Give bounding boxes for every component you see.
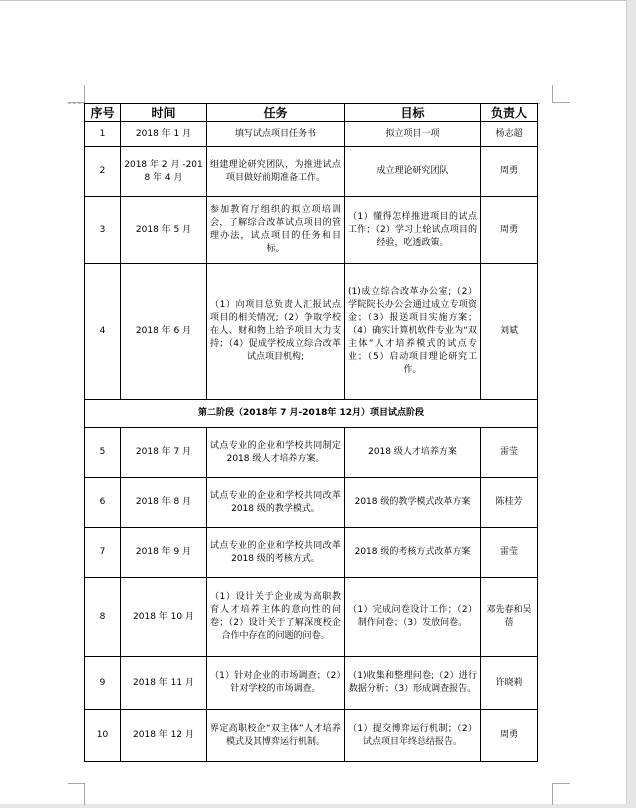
cell-time: 2018 年 9 月: [121, 528, 207, 578]
cell-time: 2018 年 10 月: [121, 578, 207, 657]
cell-owner: 周勇: [481, 710, 538, 762]
cell-no: 7: [85, 528, 121, 578]
cell-goal: 2018 级人才培养方案: [345, 428, 481, 478]
cell-goal: （1）懂得怎样推进项目的试点工作；（2）学习上轮试点项目的经验，吃透政策。: [345, 197, 481, 264]
cell-owner: 周勇: [481, 197, 538, 264]
margin-corner-mark-bottom-right: [552, 783, 570, 805]
cell-time: 2018 年 6 月: [121, 264, 207, 400]
cell-owner: 周勇: [481, 147, 538, 197]
cell-time: 2018 年 12 月: [121, 710, 207, 762]
cell-task: （1）向项目总负责人汇报试点项目的相关情况;（2）争取学校在人、财和物上给予项目…: [207, 264, 345, 400]
table-row: 2 2018 年 2 月 -2018 年 4 月 组建理论研究团队，为推进试点项…: [85, 147, 538, 197]
cell-goal: 成立理论研究团队: [345, 147, 481, 197]
table-row: 6 2018 年 8 月 试点专业的企业和学校共同改革 2018 级的教学模式。…: [85, 478, 538, 528]
cell-no: 5: [85, 428, 121, 478]
header-no: 序号: [85, 104, 121, 122]
table-row: 4 2018 年 6 月 （1）向项目总负责人汇报试点项目的相关情况;（2）争取…: [85, 264, 538, 400]
table-row: 3 2018 年 5 月 参加教育厅组织的拟立项培训会，了解综合改革试点项目的管…: [85, 197, 538, 264]
cell-owner: 杨志超: [481, 122, 538, 147]
cell-no: 6: [85, 478, 121, 528]
header-goal: 目标: [345, 104, 481, 122]
cell-goal: (1)成立综合改革办公室;（2）学院院长办公会通过成立专项资金；（3）报送项目实…: [345, 264, 481, 400]
project-schedule-table: 序号 时间 任务 目标 负责人 1 2018 年 1 月 填写试点项目任务书 拟…: [84, 103, 538, 762]
table-row: 7 2018 年 9 月 试点专业的企业和学校共同改革 2018 级的考核方式。…: [85, 528, 538, 578]
cell-task: （1）针对企业的市场调查；（2）针对学校的市场调查。: [207, 657, 345, 710]
cell-task: （1）设计关于企业成为高职教育人才培养主体的意向性的问卷；（2）设计关于了解深度…: [207, 578, 345, 657]
table-row: 5 2018 年 7 月 试点专业的企业和学校共同制定 2018 级人才培养方案…: [85, 428, 538, 478]
cell-owner: 雷莹: [481, 428, 538, 478]
cell-task: 填写试点项目任务书: [207, 122, 345, 147]
vertical-scrollbar-area[interactable]: [626, 0, 636, 808]
cell-no: 9: [85, 657, 121, 710]
table-row: 1 2018 年 1 月 填写试点项目任务书 拟立项目一项 杨志超: [85, 122, 538, 147]
cell-goal: 2018 级的考核方式改革方案: [345, 528, 481, 578]
cell-no: 10: [85, 710, 121, 762]
cell-time: 2018 年 5 月: [121, 197, 207, 264]
margin-corner-mark-top-right: [552, 85, 570, 103]
cell-time: 2018 年 1 月: [121, 122, 207, 147]
cell-no: 8: [85, 578, 121, 657]
header-owner: 负责人: [481, 104, 538, 122]
cell-task: 界定高职校企“双主体”人才培养模式及其博弈运行机制。: [207, 710, 345, 762]
cell-task: 试点专业的企业和学校共同制定 2018 级人才培养方案。: [207, 428, 345, 478]
cell-goal: （1）提交博弈运行机制；（2）试点项目年终总结报告。: [345, 710, 481, 762]
cell-no: 1: [85, 122, 121, 147]
margin-corner-mark-bottom-left: [68, 783, 85, 805]
cell-time: 2018 年 7 月: [121, 428, 207, 478]
phase-two-title: 第二阶段（2018年 7 月-2018年 12月）项目试点阶段: [85, 400, 538, 428]
cell-owner: 陈桂芳: [481, 478, 538, 528]
cell-no: 3: [85, 197, 121, 264]
table-row: 9 2018 年 11 月 （1）针对企业的市场调查；（2）针对学校的市场调查。…: [85, 657, 538, 710]
cell-time: 2018 年 8 月: [121, 478, 207, 528]
cell-owner: 邓先春和吴蓓: [481, 578, 538, 657]
table-row: 8 2018 年 10 月 （1）设计关于企业成为高职教育人才培养主体的意向性的…: [85, 578, 538, 657]
header-time: 时间: [121, 104, 207, 122]
cell-task: 组建理论研究团队，为推进试点项目做好前期准备工作。: [207, 147, 345, 197]
section-heading-row: 第二阶段（2018年 7 月-2018年 12月）项目试点阶段: [85, 400, 538, 428]
cell-owner: 许晓莉: [481, 657, 538, 710]
table-row: 10 2018 年 12 月 界定高职校企“双主体”人才培养模式及其博弈运行机制…: [85, 710, 538, 762]
cell-goal: （1）完成问卷设计工作；（2）制作问卷；（3）发放问卷。: [345, 578, 481, 657]
cell-goal: 拟立项目一项: [345, 122, 481, 147]
cell-task: 试点专业的企业和学校共同改革 2018 级的教学模式。: [207, 478, 345, 528]
margin-corner-mark-top-left: [68, 85, 85, 103]
table-header-row: 序号 时间 任务 目标 负责人: [85, 104, 538, 122]
cell-no: 4: [85, 264, 121, 400]
cell-no: 2: [85, 147, 121, 197]
cell-goal: （1)收集和整理问卷;（2）进行数据分析；（3）形成调查报告。: [345, 657, 481, 710]
page-bottom-gap: [0, 804, 636, 808]
cell-task: 试点专业的企业和学校共同改革 2018 级的考核方式。: [207, 528, 345, 578]
cell-owner: 雷莹: [481, 528, 538, 578]
cell-owner: 刘斌: [481, 264, 538, 400]
cell-task: 参加教育厅组织的拟立项培训会，了解综合改革试点项目的管理办法，试点项目的任务和目…: [207, 197, 345, 264]
cell-time: 2018 年 11 月: [121, 657, 207, 710]
cell-time: 2018 年 2 月 -2018 年 4 月: [121, 147, 207, 197]
header-task: 任务: [207, 104, 345, 122]
cell-goal: 2018 级的教学模式改革方案: [345, 478, 481, 528]
page-top-edge: [0, 0, 636, 1]
